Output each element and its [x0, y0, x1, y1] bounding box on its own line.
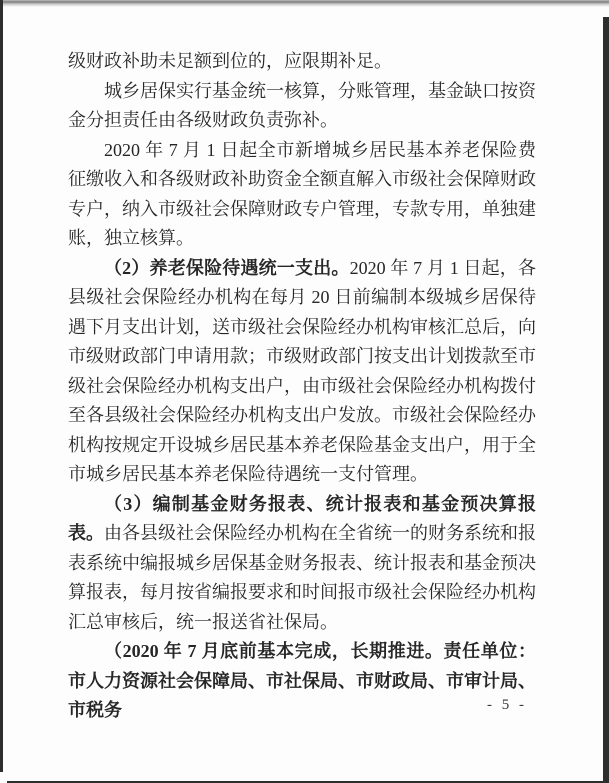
- paragraph-text: 2020 年 7 月 1 日起，各县级社会保险经办机构在每月 20 日前编制本级…: [68, 258, 536, 485]
- paragraph-lead: （2020 年 7 月底前基本完成，长期推进。责任单位：市人力资源社会保障局、市…: [68, 641, 536, 720]
- paragraph-text: 由各县级社会保险经办机构在全省统一的财务系统和报表系统中编报城乡居保基金财务报表…: [68, 523, 536, 632]
- paragraph: 级财政补助未足额到位的，应限期补足。: [68, 47, 536, 77]
- document-page: 级财政补助未足额到位的，应限期补足。 城乡居保实行基金统一核算，分账管理，基金缺…: [0, 0, 609, 783]
- paragraph-text: 2020 年 7 月 1 日起全市新增城乡居民基本养老保险费征缴收入和各级财政补…: [68, 140, 536, 249]
- paragraph-lead: （2）养老保险待遇统一支出。: [104, 258, 350, 278]
- document-body: 级财政补助未足额到位的，应限期补足。 城乡居保实行基金统一核算，分账管理，基金缺…: [68, 47, 536, 726]
- paragraph-text: 城乡居保实行基金统一核算，分账管理，基金缺口按资金分担责任由各级财政负责弥补。: [68, 81, 536, 131]
- paragraph: 城乡居保实行基金统一核算，分账管理，基金缺口按资金分担责任由各级财政负责弥补。: [68, 77, 536, 136]
- scan-edge-top: [0, 0, 609, 7]
- paragraph: （3）编制基金财务报表、统计报表和基金预决算报表。由各县级社会保险经办机构在全省…: [68, 490, 536, 638]
- scan-edge-right: [603, 17, 609, 783]
- page-number: - 5 -: [487, 696, 527, 714]
- paragraph: （2020 年 7 月底前基本完成，长期推进。责任单位：市人力资源社会保障局、市…: [68, 637, 536, 726]
- paragraph-text: 级财政补助未足额到位的，应限期补足。: [68, 51, 392, 71]
- paragraph: （2）养老保险待遇统一支出。2020 年 7 月 1 日起，各县级社会保险经办机…: [68, 254, 536, 490]
- scan-edge-left: [0, 0, 3, 772]
- paragraph: 2020 年 7 月 1 日起全市新增城乡居民基本养老保险费征缴收入和各级财政补…: [68, 136, 536, 254]
